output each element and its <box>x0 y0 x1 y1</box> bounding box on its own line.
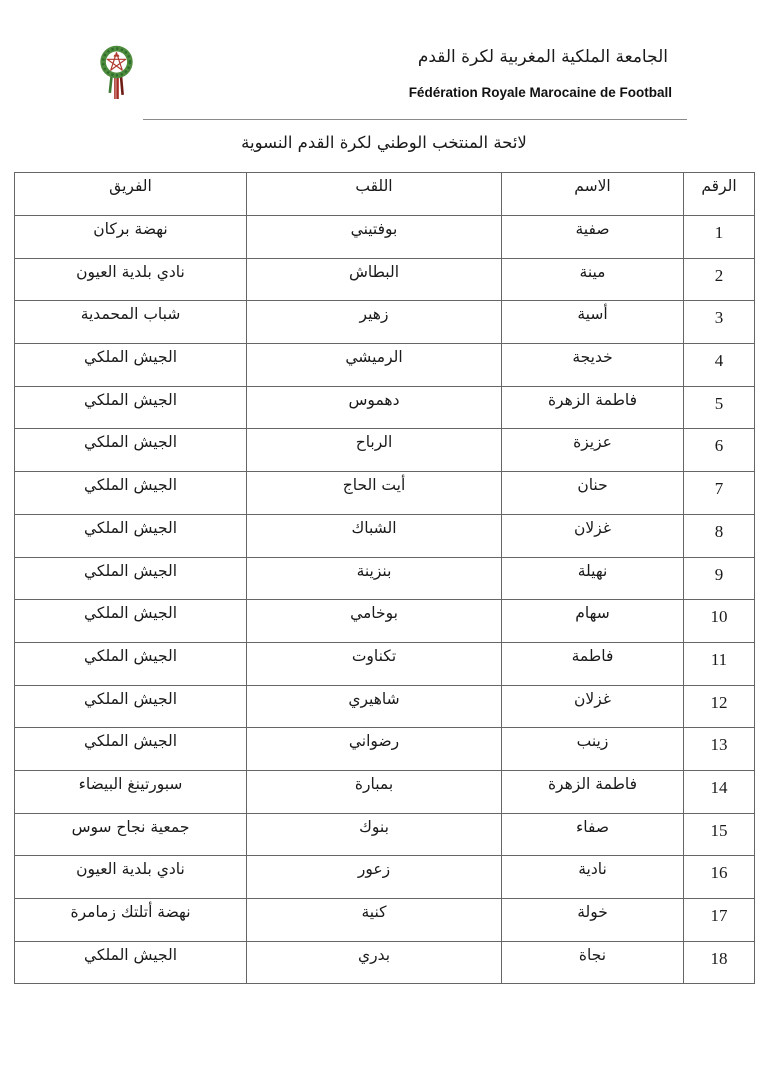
cell-team: الجيش الملكي <box>15 514 247 557</box>
cell-name: نهيلة <box>502 557 684 600</box>
frmf-crest-logo <box>96 44 138 104</box>
table-row: 2 مينة البطاش نادي بلدية العيون <box>15 258 755 301</box>
table-row: 16 نادية زعور نادي بلدية العيون <box>15 856 755 899</box>
document-page: الجامعة الملكية المغربية لكرة القدم Fédé… <box>0 0 768 1086</box>
table-row: 8 غزلان الشباك الجيش الملكي <box>15 514 755 557</box>
cell-name: صفاء <box>502 813 684 856</box>
cell-name: مينة <box>502 258 684 301</box>
roster-table: الرقم الاسم اللقب الفريق 1 صفية بوفتيني … <box>14 172 755 984</box>
cell-number: 12 <box>684 685 755 728</box>
cell-team: الجيش الملكي <box>15 557 247 600</box>
table-row: 7 حنان أيت الحاج الجيش الملكي <box>15 472 755 515</box>
cell-name: صفية <box>502 216 684 259</box>
column-header-team: الفريق <box>15 173 247 216</box>
table-row: 6 عزيزة الرباح الجيش الملكي <box>15 429 755 472</box>
table-row: 10 سهام بوخامي الجيش الملكي <box>15 600 755 643</box>
cell-team: نهضة أتلتك زمامرة <box>15 899 247 942</box>
cell-surname: بوخامي <box>247 600 502 643</box>
column-header-surname: اللقب <box>247 173 502 216</box>
cell-name: نادية <box>502 856 684 899</box>
cell-name: زينب <box>502 728 684 771</box>
cell-name: حنان <box>502 472 684 515</box>
cell-surname: بمبارة <box>247 770 502 813</box>
cell-name: غزلان <box>502 685 684 728</box>
cell-team: الجيش الملكي <box>15 344 247 387</box>
document-title: لائحة المنتخب الوطني لكرة القدم النسوية <box>0 133 768 152</box>
cell-number: 16 <box>684 856 755 899</box>
cell-surname: دهموس <box>247 386 502 429</box>
cell-name: فاطمة <box>502 642 684 685</box>
cell-team: سبورتينغ البيضاء <box>15 770 247 813</box>
cell-surname: زعور <box>247 856 502 899</box>
cell-surname: الرباح <box>247 429 502 472</box>
cell-number: 5 <box>684 386 755 429</box>
cell-name: غزلان <box>502 514 684 557</box>
roster-table-container: الرقم الاسم اللقب الفريق 1 صفية بوفتيني … <box>14 172 755 984</box>
roster-table-body: 1 صفية بوفتيني نهضة بركان 2 مينة البطاش … <box>15 216 755 984</box>
cell-name: سهام <box>502 600 684 643</box>
cell-team: الجيش الملكي <box>15 600 247 643</box>
cell-team: نادي بلدية العيون <box>15 856 247 899</box>
table-row: 1 صفية بوفتيني نهضة بركان <box>15 216 755 259</box>
cell-name: عزيزة <box>502 429 684 472</box>
table-row: 5 فاطمة الزهرة دهموس الجيش الملكي <box>15 386 755 429</box>
column-header-number: الرقم <box>684 173 755 216</box>
cell-team: الجيش الملكي <box>15 429 247 472</box>
cell-name: فاطمة الزهرة <box>502 770 684 813</box>
cell-surname: شاهيري <box>247 685 502 728</box>
column-header-name: الاسم <box>502 173 684 216</box>
table-row: 4 خديجة الرميشي الجيش الملكي <box>15 344 755 387</box>
cell-surname: الرميشي <box>247 344 502 387</box>
table-row: 12 غزلان شاهيري الجيش الملكي <box>15 685 755 728</box>
cell-number: 10 <box>684 600 755 643</box>
cell-surname: تكناوت <box>247 642 502 685</box>
cell-team: نادي بلدية العيون <box>15 258 247 301</box>
cell-number: 7 <box>684 472 755 515</box>
cell-number: 3 <box>684 301 755 344</box>
roster-header-row: الرقم الاسم اللقب الفريق <box>15 173 755 216</box>
cell-surname: بنوك <box>247 813 502 856</box>
table-row: 18 نجاة بدري الجيش الملكي <box>15 941 755 984</box>
cell-name: خديجة <box>502 344 684 387</box>
cell-team: الجيش الملكي <box>15 685 247 728</box>
cell-number: 9 <box>684 557 755 600</box>
cell-number: 6 <box>684 429 755 472</box>
org-name-arabic: الجامعة الملكية المغربية لكرة القدم <box>418 44 668 70</box>
table-row: 17 خولة كنية نهضة أتلتك زمامرة <box>15 899 755 942</box>
cell-name: نجاة <box>502 941 684 984</box>
cell-team: الجيش الملكي <box>15 941 247 984</box>
cell-team: شباب المحمدية <box>15 301 247 344</box>
cell-team: الجيش الملكي <box>15 642 247 685</box>
cell-number: 13 <box>684 728 755 771</box>
header-divider <box>143 119 687 120</box>
table-row: 11 فاطمة تكناوت الجيش الملكي <box>15 642 755 685</box>
cell-team: جمعية نجاح سوس <box>15 813 247 856</box>
cell-surname: كنية <box>247 899 502 942</box>
cell-surname: بدري <box>247 941 502 984</box>
table-row: 14 فاطمة الزهرة بمبارة سبورتينغ البيضاء <box>15 770 755 813</box>
cell-number: 14 <box>684 770 755 813</box>
cell-team: نهضة بركان <box>15 216 247 259</box>
cell-number: 18 <box>684 941 755 984</box>
cell-surname: بنزينة <box>247 557 502 600</box>
cell-team: الجيش الملكي <box>15 728 247 771</box>
cell-number: 2 <box>684 258 755 301</box>
cell-number: 15 <box>684 813 755 856</box>
cell-surname: رضواني <box>247 728 502 771</box>
cell-name: فاطمة الزهرة <box>502 386 684 429</box>
table-row: 13 زينب رضواني الجيش الملكي <box>15 728 755 771</box>
org-name-french: Fédération Royale Marocaine de Football <box>409 85 672 100</box>
cell-name: أسية <box>502 301 684 344</box>
cell-number: 17 <box>684 899 755 942</box>
cell-surname: الشباك <box>247 514 502 557</box>
cell-number: 8 <box>684 514 755 557</box>
cell-surname: بوفتيني <box>247 216 502 259</box>
table-row: 3 أسية زهير شباب المحمدية <box>15 301 755 344</box>
table-row: 9 نهيلة بنزينة الجيش الملكي <box>15 557 755 600</box>
cell-surname: البطاش <box>247 258 502 301</box>
cell-surname: أيت الحاج <box>247 472 502 515</box>
cell-team: الجيش الملكي <box>15 386 247 429</box>
cell-name: خولة <box>502 899 684 942</box>
cell-number: 1 <box>684 216 755 259</box>
cell-team: الجيش الملكي <box>15 472 247 515</box>
cell-number: 11 <box>684 642 755 685</box>
cell-number: 4 <box>684 344 755 387</box>
cell-surname: زهير <box>247 301 502 344</box>
table-row: 15 صفاء بنوك جمعية نجاح سوس <box>15 813 755 856</box>
